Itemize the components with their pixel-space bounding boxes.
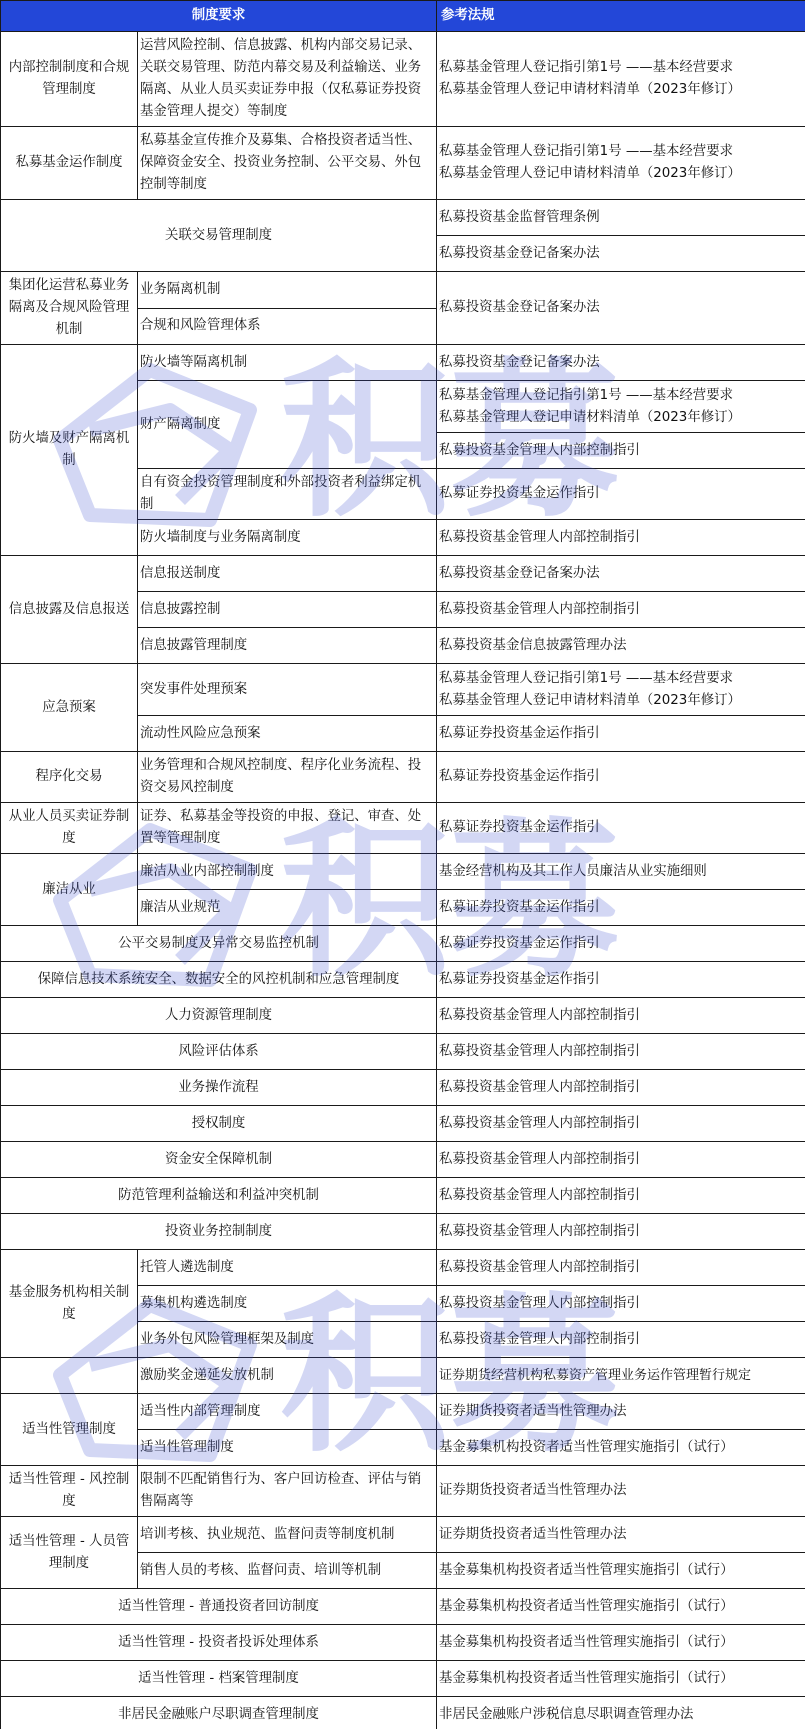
regulation-cell: 私募投资基金登记备案办法	[437, 272, 805, 345]
header-regulation: 参考法规	[437, 1, 805, 32]
regulation-cell: 私募投资基金管理人内部控制指引	[437, 1322, 805, 1358]
group-cell: 廉洁从业	[1, 854, 138, 926]
table-row: 防火墙及财产隔离机制 防火墙等隔离机制 私募投资基金登记备案办法	[1, 345, 805, 381]
table-row: 适当性管理 - 投资者投诉处理体系基金募集机构投资者适当性管理实施指引（试行）	[1, 1625, 805, 1661]
table-row: 基金服务机构相关制度 托管人遴选制度 私募投资基金管理人内部控制指引	[1, 1250, 805, 1286]
regulation-cell: 私募证券投资基金运作指引	[437, 962, 805, 998]
table-row: 风险评估体系私募投资基金管理人内部控制指引	[1, 1034, 805, 1070]
requirement-cell: 信息披露管理制度	[138, 628, 437, 664]
group-cell: 适当性管理制度	[1, 1394, 138, 1466]
regulation-cell: 基金募集机构投资者适当性管理实施指引（试行）	[437, 1553, 805, 1589]
table-row: 适当性管理 - 风控制度 限制不匹配销售行为、客户回访检查、评估与销售隔离等 证…	[1, 1466, 805, 1517]
requirement-cell: 销售人员的考核、监督问责、培训等机制	[138, 1553, 437, 1589]
merged-requirement-cell: 业务操作流程	[1, 1070, 437, 1106]
table-row: 适当性管理 - 档案管理制度基金募集机构投资者适当性管理实施指引（试行）	[1, 1661, 805, 1697]
regulation-cell: 私募基金管理人登记指引第1号 ——基本经营要求私募基金管理人登记申请材料清单（2…	[437, 32, 805, 127]
table-row: 保障信息技术系统安全、数据安全的风控机制和应急管理制度私募证券投资基金运作指引	[1, 962, 805, 998]
regulation-cell: 私募投资基金管理人内部控制指引	[437, 592, 805, 628]
merged-requirement-cell: 保障信息技术系统安全、数据安全的风控机制和应急管理制度	[1, 962, 437, 998]
group-cell	[1, 1358, 138, 1394]
regulation-cell: 私募投资基金信息披露管理办法	[437, 628, 805, 664]
regulation-cell: 非居民金融账户涉税信息尽职调查管理办法	[437, 1697, 805, 1729]
regulation-cell: 私募证券投资基金运作指引	[437, 752, 805, 803]
requirement-cell: 业务外包风险管理框架及制度	[138, 1322, 437, 1358]
table-row: 从业人员买卖证券制度 证券、私募基金等投资的申报、登记、审查、处置等管理制度 私…	[1, 803, 805, 854]
requirement-cell: 限制不匹配销售行为、客户回访检查、评估与销售隔离等	[138, 1466, 437, 1517]
regulation-cell: 私募投资基金登记备案办法	[437, 236, 805, 272]
requirement-cell: 激励奖金递延发放机制	[138, 1358, 437, 1394]
requirement-cell: 业务隔离机制	[138, 272, 437, 309]
requirement-cell: 信息报送制度	[138, 556, 437, 592]
regulation-cell: 私募投资基金登记备案办法	[437, 345, 805, 381]
table-row: 适当性管理 - 人员管理制度 培训考核、执业规范、监督问责等制度机制 证券期货投…	[1, 1517, 805, 1553]
table-row: 激励奖金递延发放机制 证券期货经营机构私募资产管理业务运作管理暂行规定	[1, 1358, 805, 1394]
requirement-cell: 适当性内部管理制度	[138, 1394, 437, 1430]
regulation-cell: 基金募集机构投资者适当性管理实施指引（试行）	[437, 1430, 805, 1466]
merged-requirement-cell: 人力资源管理制度	[1, 998, 437, 1034]
table-row: 公平交易制度及异常交易监控机制私募证券投资基金运作指引	[1, 926, 805, 962]
table-row: 应急预案 突发事件处理预案 私募基金管理人登记指引第1号 ——基本经营要求私募基…	[1, 664, 805, 716]
group-cell: 防火墙及财产隔离机制	[1, 345, 138, 556]
requirement-cell: 突发事件处理预案	[138, 664, 437, 716]
regulation-cell: 私募基金管理人登记指引第1号 ——基本经营要求私募基金管理人登记申请材料清单（2…	[437, 127, 805, 200]
table-row: 适当性管理 - 普通投资者回访制度基金募集机构投资者适当性管理实施指引（试行）	[1, 1589, 805, 1625]
regulation-cell: 私募投资基金管理人内部控制指引	[437, 1178, 805, 1214]
regulation-cell: 证券期货投资者适当性管理办法	[437, 1394, 805, 1430]
regulation-cell: 私募投资基金管理人内部控制指引	[437, 1106, 805, 1142]
regulation-cell: 私募证券投资基金运作指引	[437, 803, 805, 854]
requirement-cell: 财产隔离制度	[138, 381, 437, 469]
table-row: 信息披露及信息报送 信息报送制度 私募投资基金登记备案办法	[1, 556, 805, 592]
regulation-cell: 证券期货投资者适当性管理办法	[437, 1517, 805, 1553]
group-cell: 适当性管理 - 风控制度	[1, 1466, 138, 1517]
regulation-cell: 证券期货经营机构私募资产管理业务运作管理暂行规定	[437, 1358, 805, 1394]
table-row: 防范管理利益输送和利益冲突机制私募投资基金管理人内部控制指引	[1, 1178, 805, 1214]
regulation-cell: 私募证券投资基金运作指引	[437, 926, 805, 962]
table-row: 资金安全保障机制私募投资基金管理人内部控制指引	[1, 1142, 805, 1178]
requirement-cell: 托管人遴选制度	[138, 1250, 437, 1286]
regulation-cell: 基金经营机构及其工作人员廉洁从业实施细则	[437, 854, 805, 890]
merged-requirement-cell: 适当性管理 - 投资者投诉处理体系	[1, 1625, 437, 1661]
regulation-cell: 基金募集机构投资者适当性管理实施指引（试行）	[437, 1661, 805, 1697]
group-cell: 信息披露及信息报送	[1, 556, 138, 664]
group-cell: 私募基金运作制度	[1, 127, 138, 200]
table-header: 制度要求 参考法规	[1, 1, 805, 32]
merged-requirement-cell: 资金安全保障机制	[1, 1142, 437, 1178]
regulation-cell: 私募基金管理人登记指引第1号 ——基本经营要求私募基金管理人登记申请材料清单（2…	[437, 381, 805, 433]
table-row: 适当性管理制度 适当性内部管理制度 证券期货投资者适当性管理办法	[1, 1394, 805, 1430]
merged-requirement-cell: 非居民金融账户尽职调查管理制度	[1, 1697, 437, 1729]
merged-requirement-cell: 公平交易制度及异常交易监控机制	[1, 926, 437, 962]
regulation-cell: 私募投资基金管理人内部控制指引	[437, 1070, 805, 1106]
merged-requirement-cell: 投资业务控制制度	[1, 1214, 437, 1250]
regulation-cell: 私募投资基金管理人内部控制指引	[437, 1214, 805, 1250]
requirement-cell: 运营风险控制、信息披露、机构内部交易记录、关联交易管理、防范内幕交易及利益输送、…	[138, 32, 437, 127]
regulation-cell: 私募投资基金管理人内部控制指引	[437, 1142, 805, 1178]
merged-requirement-cell: 防范管理利益输送和利益冲突机制	[1, 1178, 437, 1214]
requirement-cell: 合规和风险管理体系	[138, 308, 437, 345]
regulation-cell: 私募投资基金管理人内部控制指引	[437, 520, 805, 556]
table-row: 业务操作流程私募投资基金管理人内部控制指引	[1, 1070, 805, 1106]
table-row: 内部控制制度和合规管理制度 运营风险控制、信息披露、机构内部交易记录、关联交易管…	[1, 32, 805, 127]
requirement-cell: 适当性管理制度	[138, 1430, 437, 1466]
regulation-table: 制度要求 参考法规 内部控制制度和合规管理制度 运营风险控制、信息披露、机构内部…	[0, 0, 805, 1729]
requirement-cell: 业务管理和合规风控制度、程序化业务流程、投资交易风控制度	[138, 752, 437, 803]
merged-requirement-cell: 关联交易管理制度	[1, 200, 437, 272]
requirement-cell: 廉洁从业规范	[138, 890, 437, 926]
regulation-cell: 私募投资基金管理人内部控制指引	[437, 1250, 805, 1286]
group-cell: 适当性管理 - 人员管理制度	[1, 1517, 138, 1589]
requirement-cell: 流动性风险应急预案	[138, 716, 437, 752]
merged-requirement-cell: 授权制度	[1, 1106, 437, 1142]
regulation-cell: 私募投资基金管理人内部控制指引	[437, 1034, 805, 1070]
requirement-cell: 培训考核、执业规范、监督问责等制度机制	[138, 1517, 437, 1553]
table-row: 非居民金融账户尽职调查管理制度非居民金融账户涉税信息尽职调查管理办法	[1, 1697, 805, 1729]
requirement-cell: 信息披露控制	[138, 592, 437, 628]
table-row: 程序化交易 业务管理和合规风控制度、程序化业务流程、投资交易风控制度 私募证券投…	[1, 752, 805, 803]
regulation-cell: 私募证券投资基金运作指引	[437, 716, 805, 752]
regulation-cell: 证券期货投资者适当性管理办法	[437, 1466, 805, 1517]
table-row: 投资业务控制制度私募投资基金管理人内部控制指引	[1, 1214, 805, 1250]
regulation-cell: 基金募集机构投资者适当性管理实施指引（试行）	[437, 1589, 805, 1625]
requirement-cell: 证券、私募基金等投资的申报、登记、审查、处置等管理制度	[138, 803, 437, 854]
merged-requirement-cell: 适当性管理 - 普通投资者回访制度	[1, 1589, 437, 1625]
requirement-cell: 募集机构遴选制度	[138, 1286, 437, 1322]
table-row: 授权制度私募投资基金管理人内部控制指引	[1, 1106, 805, 1142]
group-cell: 从业人员买卖证券制度	[1, 803, 138, 854]
regulation-cell: 私募证券投资基金运作指引	[437, 469, 805, 520]
requirement-cell: 防火墙等隔离机制	[138, 345, 437, 381]
regulation-cell: 基金募集机构投资者适当性管理实施指引（试行）	[437, 1625, 805, 1661]
table-row: 私募基金运作制度 私募基金宣传推介及募集、合格投资者适当性、保障资金安全、投资业…	[1, 127, 805, 200]
requirement-cell: 私募基金宣传推介及募集、合格投资者适当性、保障资金安全、投资业务控制、公平交易、…	[138, 127, 437, 200]
group-cell: 内部控制制度和合规管理制度	[1, 32, 138, 127]
group-cell: 应急预案	[1, 664, 138, 752]
table-row: 关联交易管理制度 私募投资基金监督管理条例	[1, 200, 805, 236]
merged-requirement-cell: 适当性管理 - 档案管理制度	[1, 1661, 437, 1697]
regulation-cell: 私募投资基金管理人内部控制指引	[437, 998, 805, 1034]
group-cell: 程序化交易	[1, 752, 138, 803]
table-row: 集团化运营私募业务隔离及合规风险管理机制 业务隔离机制 私募投资基金登记备案办法	[1, 272, 805, 309]
regulation-cell: 私募投资基金管理人内部控制指引	[437, 1286, 805, 1322]
header-requirement: 制度要求	[1, 1, 437, 32]
table-row: 人力资源管理制度私募投资基金管理人内部控制指引	[1, 998, 805, 1034]
group-cell: 集团化运营私募业务隔离及合规风险管理机制	[1, 272, 138, 345]
merged-requirement-cell: 风险评估体系	[1, 1034, 437, 1070]
regulation-cell: 私募证券投资基金运作指引	[437, 890, 805, 926]
regulation-cell: 私募投资基金监督管理条例	[437, 200, 805, 236]
group-cell: 基金服务机构相关制度	[1, 1250, 138, 1358]
regulation-cell: 私募基金管理人登记指引第1号 ——基本经营要求私募基金管理人登记申请材料清单（2…	[437, 664, 805, 716]
requirement-cell: 廉洁从业内部控制制度	[138, 854, 437, 890]
table-row: 廉洁从业 廉洁从业内部控制制度 基金经营机构及其工作人员廉洁从业实施细则	[1, 854, 805, 890]
requirement-cell: 自有资金投资管理制度和外部投资者利益绑定机制	[138, 469, 437, 520]
regulation-cell: 私募投资基金管理人内部控制指引	[437, 433, 805, 469]
requirement-cell: 防火墙制度与业务隔离制度	[138, 520, 437, 556]
regulation-cell: 私募投资基金登记备案办法	[437, 556, 805, 592]
